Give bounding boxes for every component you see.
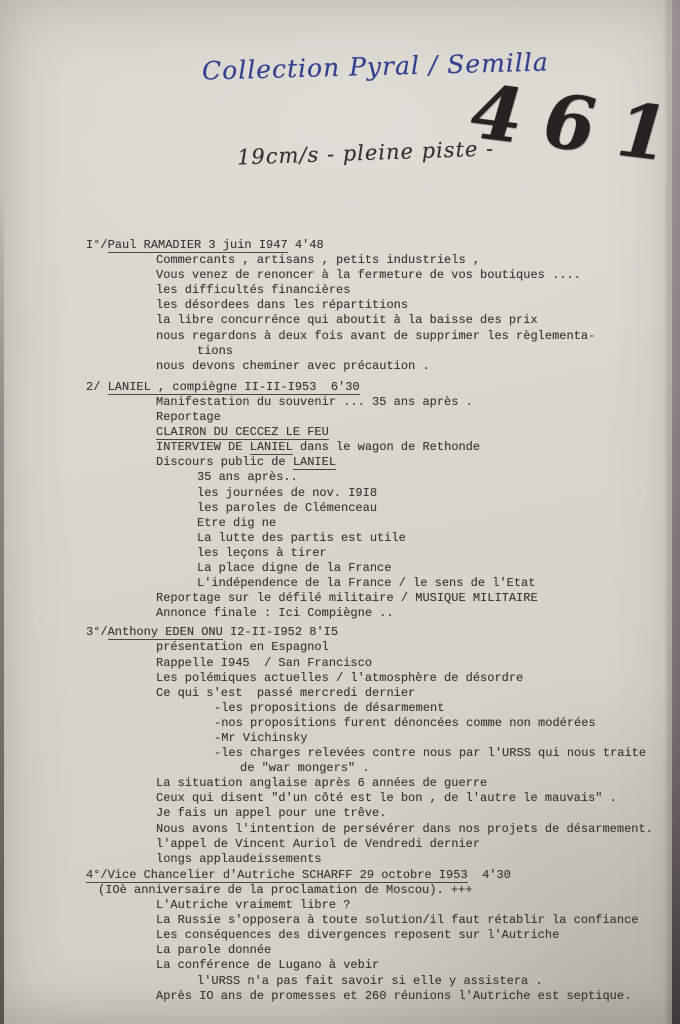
text: -les propositions de désarmement (214, 701, 444, 715)
text: l'URSS n'a pas fait savoir si elle y ass… (197, 974, 543, 988)
typewritten-line: nous regardons à deux fois avant de supp… (0, 329, 680, 344)
typewritten-line: Vous venez de renoncer à la fermeture de… (0, 268, 680, 283)
text: -les charges relevées contre nous par l'… (214, 746, 646, 760)
typewritten-line: Reportage (0, 410, 680, 425)
typewritten-line: La lutte des partis est utile (0, 531, 680, 546)
typewritten-line: -nos propositions furent dénoncées comme… (0, 716, 680, 731)
archive-page-photo: Collection Pyral / Semilla 19cm/s - plei… (0, 0, 680, 1024)
typewritten-line: longs applaudeissements (0, 852, 680, 867)
typewritten-line: Les polémiques actuelles / l'atmosphère … (0, 671, 680, 686)
text: Les conséquences des divergences reposen… (156, 928, 559, 942)
section-heading: 4°/Vice Chancelier d'Autriche SCHARFF 29… (0, 868, 680, 883)
text: La lutte des partis est utile (197, 531, 406, 545)
handwritten-speed-note: 19cm/s - pleine piste - (237, 137, 495, 170)
typewritten-line: L'Autriche vraimemt libre ? (0, 898, 680, 913)
text: L'indépendence de la France / le sens de… (197, 576, 535, 590)
text: I°/ (86, 238, 108, 252)
document-section: 3°/Anthony EDEN ONU I2-II-I952 8'I5prése… (0, 625, 680, 867)
typewritten-line: l'appel de Vincent Auriol de Vendredi de… (0, 837, 680, 852)
typewritten-line: INTERVIEW DE LANIEL dans le wagon de Ret… (0, 440, 680, 455)
typewritten-line: Reportage sur le défilé militaire / MUSI… (0, 591, 680, 606)
typewritten-line: Nous avons l'intention de persévérer dan… (0, 822, 680, 837)
typewritten-line: l'URSS n'a pas fait savoir si elle y ass… (0, 974, 680, 989)
text: nous regardons à deux fois avant de supp… (156, 329, 595, 343)
typewritten-line: les journées de nov. I9I8 (0, 486, 680, 501)
text: tions (197, 344, 233, 358)
text: -Mr Vichinsky (214, 731, 308, 745)
text: les leçons à tirer (197, 546, 327, 560)
typewritten-line: tions (0, 344, 680, 359)
text: Nous avons l'intention de persévérer dan… (156, 822, 653, 836)
typewritten-line: La situation anglaise après 6 années de … (0, 776, 680, 791)
text: Les polémiques actuelles / l'atmosphère … (156, 671, 523, 685)
text: -nos propositions furent dénoncées comme… (214, 716, 596, 730)
text: Manifestation du souvenir ... 35 ans apr… (156, 395, 473, 409)
typewritten-line: Après IO ans de promesses et 260 réunion… (0, 989, 680, 1004)
text: Reportage sur le défilé militaire / MUSI… (156, 591, 538, 605)
typewritten-line: la libre concurrénce qui aboutit à la ba… (0, 313, 680, 328)
text: dans le wagon de Rethonde (293, 440, 480, 454)
typewritten-line: Ceux qui disent "d'un côté est le bon , … (0, 791, 680, 806)
text: nous devons cheminer avec précaution . (156, 359, 430, 373)
typewritten-line: (IOè anniversaire de la proclamation de … (0, 883, 680, 898)
text: l'appel de Vincent Auriol de Vendredi de… (156, 837, 480, 851)
typewritten-line: -Mr Vichinsky (0, 731, 680, 746)
text: la libre concurrénce qui aboutit à la ba… (156, 313, 538, 327)
underlined-text: LANIEL (250, 440, 293, 455)
text: (IOè anniversaire de la proclamation de … (98, 883, 472, 897)
text: La conférence de Lugano à vebir (156, 958, 379, 972)
typewritten-line: CLAIRON DU CECCEZ LE FEU (0, 425, 680, 440)
typewritten-line: La parole donnée (0, 943, 680, 958)
underlined-text: 4°/Vice Chancelier d'Autriche SCHARFF 29… (86, 868, 468, 883)
text: 2/ (86, 380, 108, 394)
typewritten-line: les paroles de Clémenceau (0, 501, 680, 516)
text: Ce qui s'est passé mercredi dernier (156, 686, 415, 700)
text: Annonce finale : Ici Compiègne .. (156, 606, 394, 620)
text: les désordees dans les répartitions (156, 298, 408, 312)
typewritten-line: L'indépendence de la France / le sens de… (0, 576, 680, 591)
typewritten-line: 35 ans après.. (0, 470, 680, 485)
typewritten-line: de "war mongers" . (0, 761, 680, 776)
typewritten-document: I°/Paul RAMADIER 3 juin I947 4'48Commerc… (0, 238, 680, 1004)
typewritten-line: nous devons cheminer avec précaution . (0, 359, 680, 374)
text: Après IO ans de promesses et 260 réunion… (156, 989, 631, 1003)
section-heading: 2/ LANIEL , compiègne II-II-I953 6'30 (0, 380, 680, 395)
text: Je fais un appel pour une trêve. (156, 806, 386, 820)
typewritten-line: Je fais un appel pour une trêve. (0, 806, 680, 821)
text: 4'30 (468, 868, 511, 882)
text: La parole donnée (156, 943, 271, 957)
text: Etre dig ne (197, 516, 276, 530)
typewritten-line: les leçons à tirer (0, 546, 680, 561)
underlined-text: Paul RAMADIER 3 juin I947 (108, 238, 288, 253)
text: 3°/ (86, 625, 108, 639)
typewritten-line: Etre dig ne (0, 516, 680, 531)
underlined-text: LANIEL , compiègne II-II-I953 6'30 (108, 380, 360, 395)
text: La Russie s'opposera à toute solution/il… (156, 913, 638, 927)
text: Discours public de (156, 455, 293, 469)
underlined-text: LANIEL (293, 455, 336, 470)
text: Ceux qui disent "d'un côté est le bon , … (156, 791, 617, 805)
section-heading: I°/Paul RAMADIER 3 juin I947 4'48 (0, 238, 680, 253)
text: longs applaudeissements (156, 852, 322, 866)
typewritten-line: -les charges relevées contre nous par l'… (0, 746, 680, 761)
text: Rappelle I945 / San Francisco (156, 656, 372, 670)
typewritten-line: Rappelle I945 / San Francisco (0, 656, 680, 671)
text: La situation anglaise après 6 années de … (156, 776, 487, 790)
typewritten-line: les difficultés financières (0, 283, 680, 298)
text: 35 ans après.. (197, 470, 298, 484)
section-heading: 3°/Anthony EDEN ONU I2-II-I952 8'I5 (0, 625, 680, 640)
text: les paroles de Clémenceau (197, 501, 377, 515)
text: 4'48 (288, 238, 324, 252)
typewritten-line: les désordees dans les répartitions (0, 298, 680, 313)
typewritten-line: -les propositions de désarmement (0, 701, 680, 716)
typewritten-line: Les conséquences des divergences reposen… (0, 928, 680, 943)
typewritten-line: Ce qui s'est passé mercredi dernier (0, 686, 680, 701)
typewritten-line: La conférence de Lugano à vebir (0, 958, 680, 973)
text: Vous venez de renoncer à la fermeture de… (156, 268, 581, 282)
document-section: 4°/Vice Chancelier d'Autriche SCHARFF 29… (0, 868, 680, 1004)
typewritten-line: Commercants , artisans , petits industri… (0, 253, 680, 268)
typewritten-line: Manifestation du souvenir ... 35 ans apr… (0, 395, 680, 410)
typewritten-line: présentation en Espagnol (0, 640, 680, 655)
underlined-text: Anthony EDEN ONU (108, 625, 223, 640)
text: INTERVIEW DE (156, 440, 250, 454)
text: I2-II-I952 8'I5 (223, 625, 338, 639)
text: La place digne de la France (197, 561, 391, 575)
text: présentation en Espagnol (156, 640, 329, 654)
document-section: 2/ LANIEL , compiègne II-II-I953 6'30Man… (0, 380, 680, 622)
text: L'Autriche vraimemt libre ? (156, 898, 350, 912)
underlined-text: CLAIRON DU CECCEZ LE FEU (156, 425, 329, 440)
text: Reportage (156, 410, 221, 424)
text: Commercants , artisans , petits industri… (156, 253, 480, 267)
text: les difficultés financières (156, 283, 350, 297)
typewritten-line: La Russie s'opposera à toute solution/il… (0, 913, 680, 928)
typewritten-line: Discours public de LANIEL (0, 455, 680, 470)
typewritten-line: Annonce finale : Ici Compiègne .. (0, 606, 680, 621)
typewritten-line: La place digne de la France (0, 561, 680, 576)
document-section: I°/Paul RAMADIER 3 juin I947 4'48Commerc… (0, 238, 680, 374)
text: de "war mongers" . (240, 761, 370, 775)
text: les journées de nov. I9I8 (197, 486, 377, 500)
